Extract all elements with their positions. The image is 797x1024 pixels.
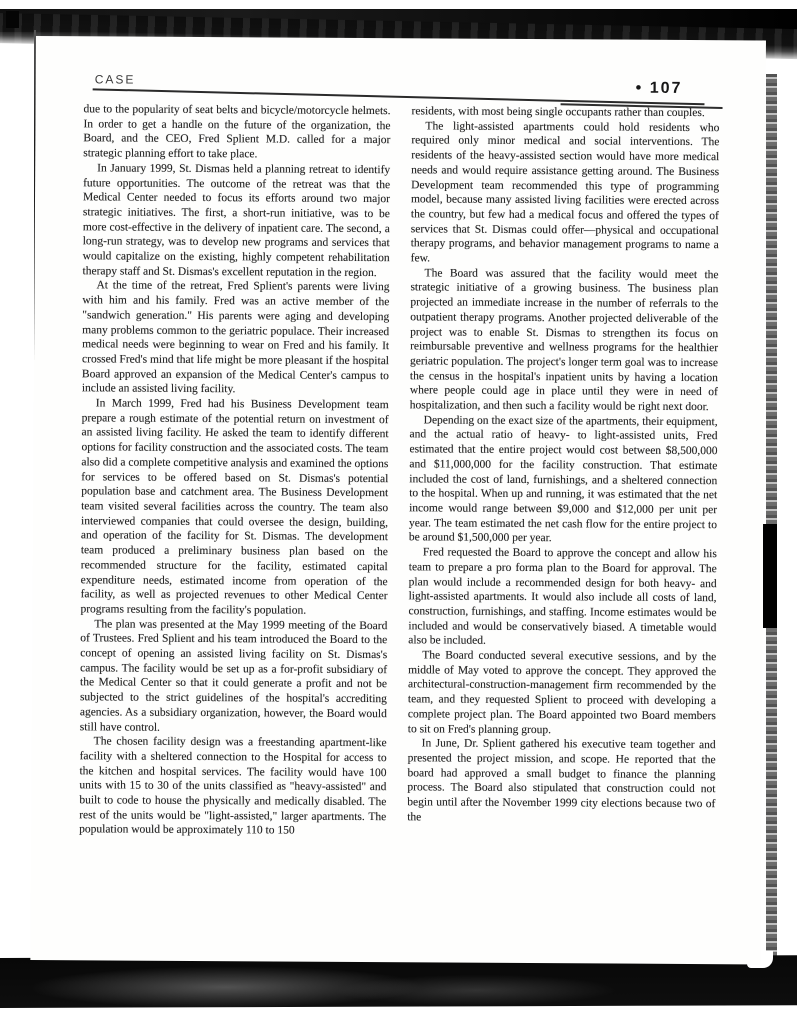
page-number: • 107 (636, 80, 683, 98)
paragraph: Depending on the exact size of the apart… (409, 413, 718, 547)
paragraph: due to the popularity of seat belts and … (83, 102, 390, 163)
paragraph: The Board conducted several executive se… (408, 648, 717, 738)
section-label: CASE (95, 72, 136, 86)
paragraph: In June, Dr. Splient gathered his execut… (407, 737, 716, 827)
page-paper: CASE • 107 due to the popularity of seat… (30, 36, 766, 964)
left-column: due to the popularity of seat belts and … (79, 102, 390, 839)
paragraph: residents, with most being single occupa… (412, 104, 720, 121)
paragraph: Fred requested the Board to approve the … (408, 545, 717, 650)
paragraph: The light-assisted apartments could hold… (411, 119, 720, 268)
paragraph: The Board was assured that the facility … (410, 266, 719, 415)
paragraph: At the time of the retreat, Fred Splient… (82, 279, 390, 398)
scan-artifact-right-edge-strip (766, 74, 777, 964)
scan-artifact-top-left-block (6, 11, 19, 28)
right-column: residents, with most being single occupa… (407, 104, 719, 841)
scan-artifact-right-edge-solid (763, 524, 777, 628)
paragraph: In January 1999, St. Dismas held a plann… (83, 161, 391, 280)
paragraph: In March 1999, Fred had his Business Dev… (80, 396, 388, 618)
text-columns: due to the popularity of seat belts and … (79, 102, 719, 841)
paragraph: The plan was presented at the May 1999 m… (80, 617, 388, 736)
scanned-page: CASE • 107 due to the popularity of seat… (0, 0, 797, 1024)
paragraph: The chosen facility design was a freesta… (79, 735, 387, 840)
page-header: CASE • 107 (36, 36, 766, 110)
